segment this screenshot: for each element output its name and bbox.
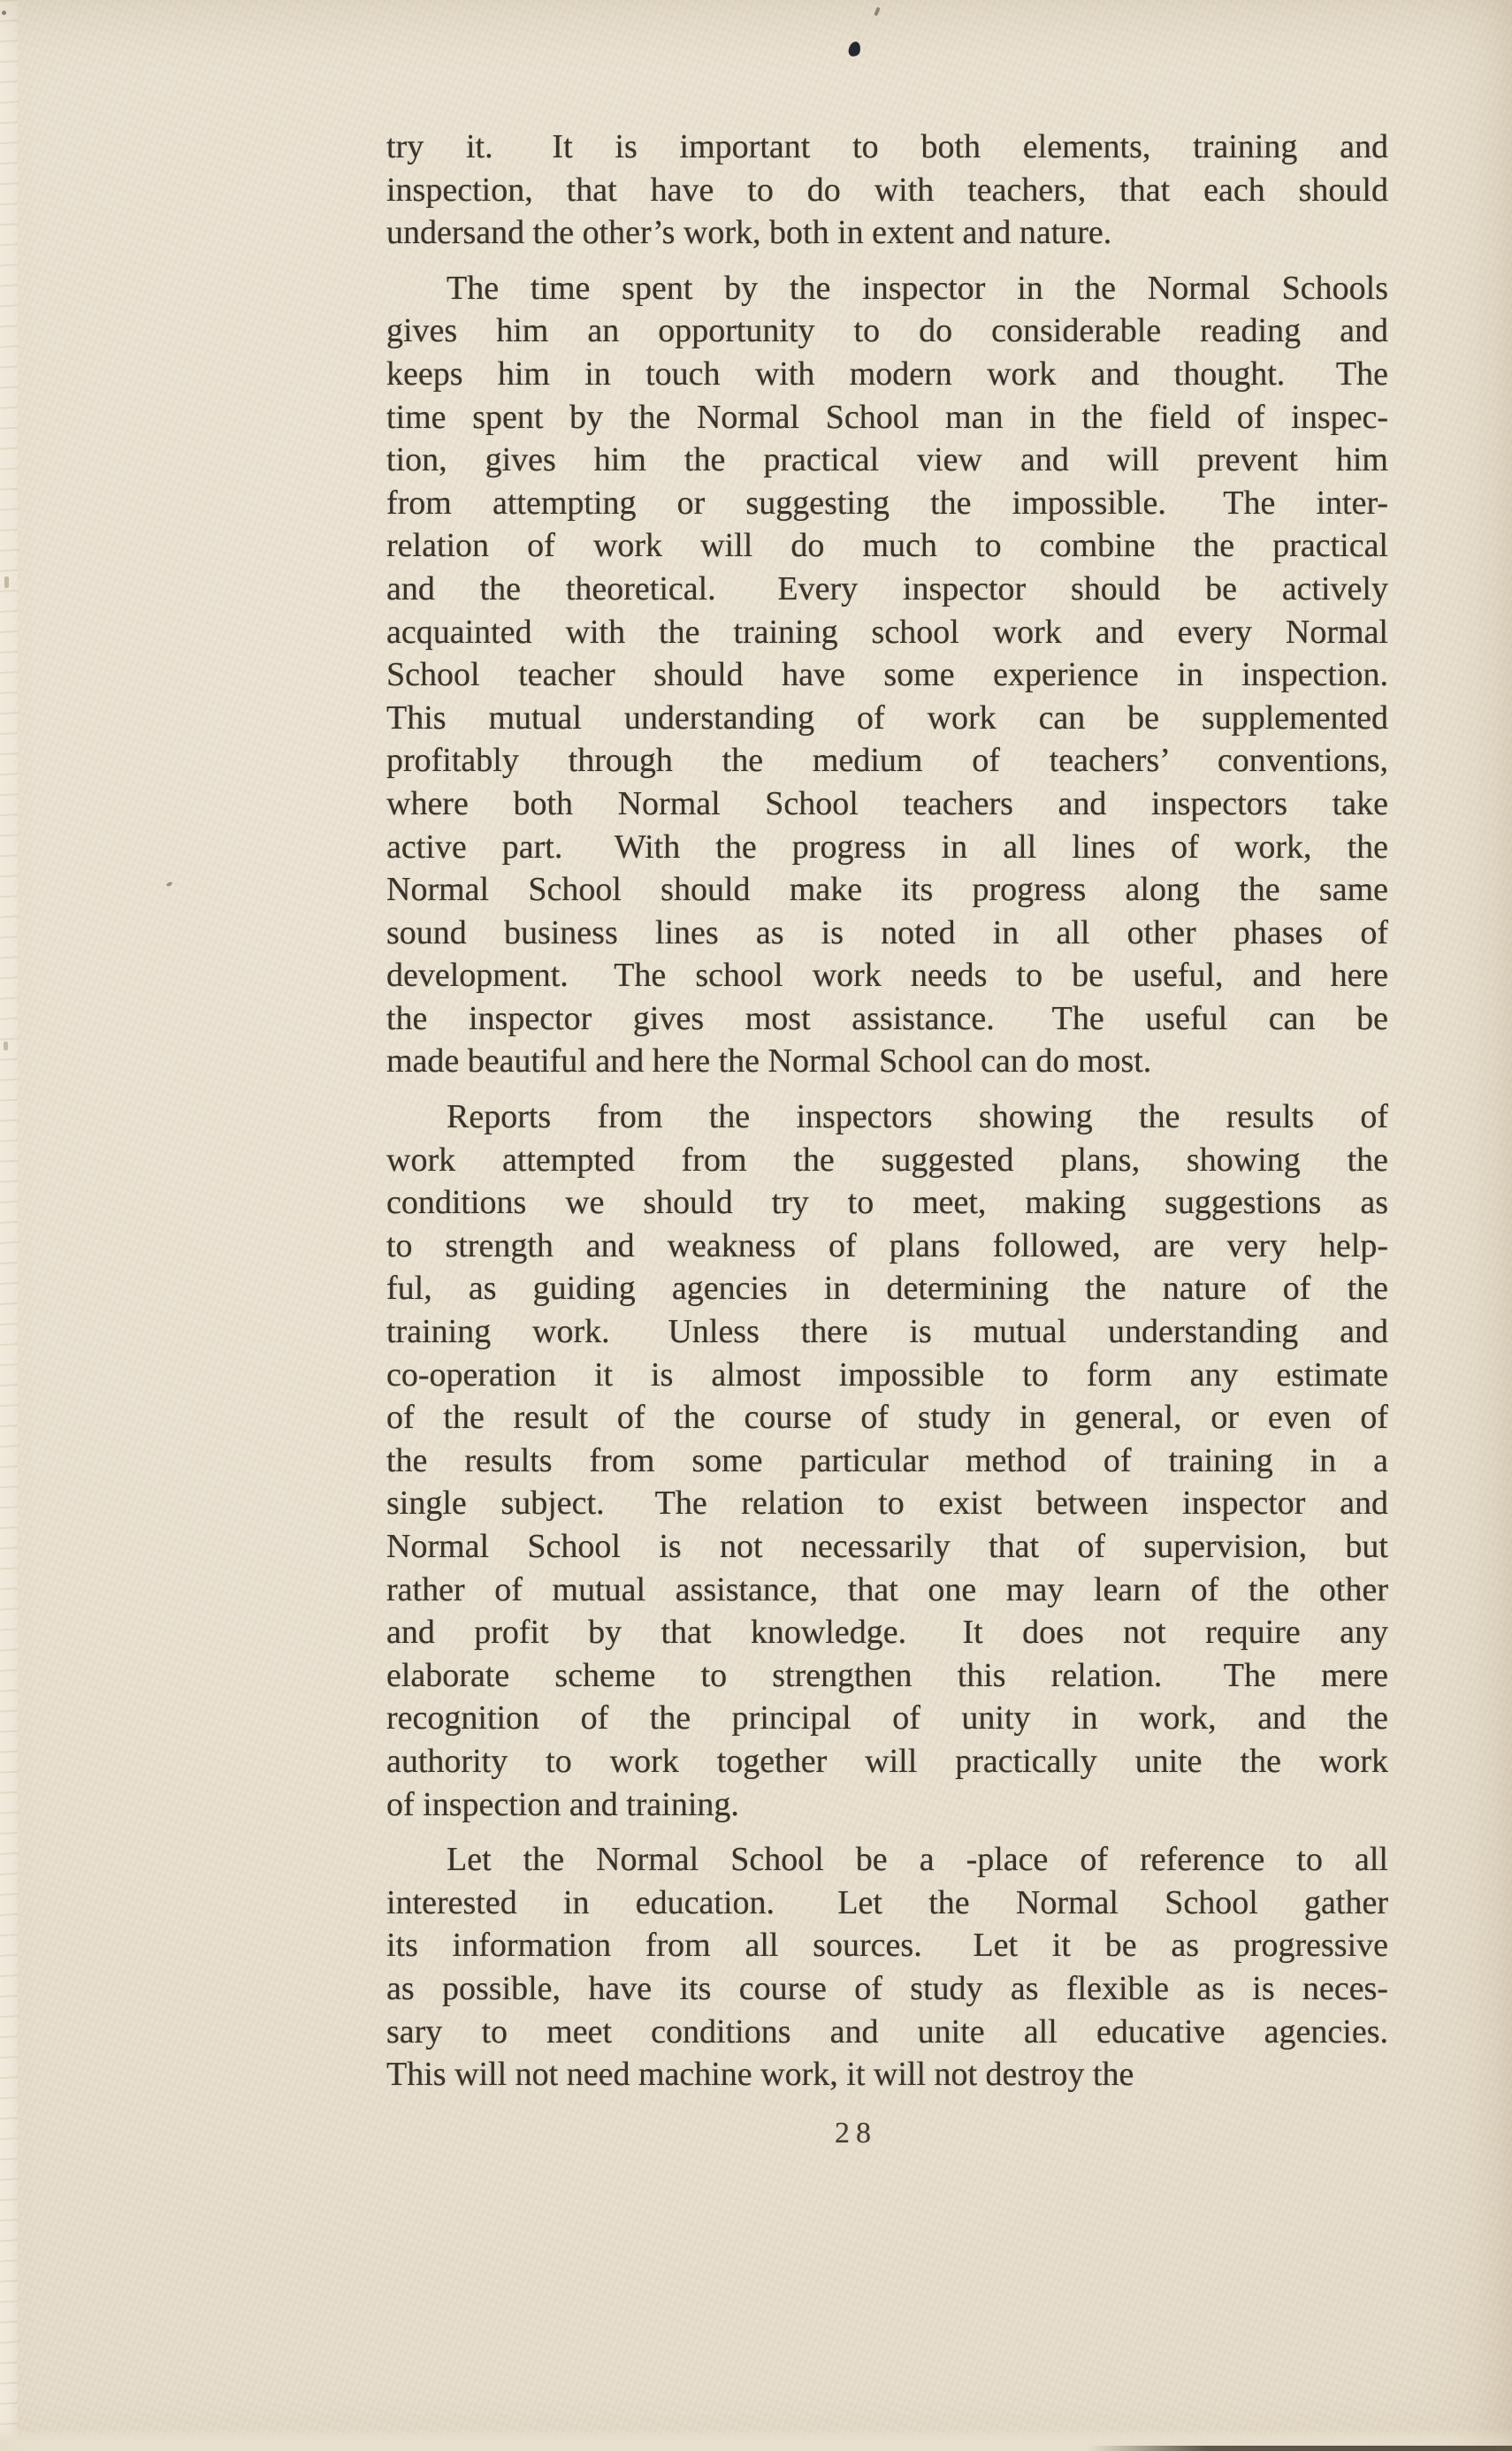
text-line: where both Normal School teachers and in… — [386, 783, 1388, 826]
text-line: work attempted from the suggested plans,… — [386, 1139, 1388, 1182]
text-line: keeps him in touch with modern work and … — [386, 353, 1388, 396]
text-line: gives him an opportunity to do considera… — [386, 309, 1388, 353]
text-line: School teacher should have some experien… — [386, 653, 1388, 697]
page-number: 28 — [835, 2117, 877, 2150]
text-line: to strength and weakness of plans follow… — [386, 1225, 1388, 1268]
text-line: rather of mutual assistance, that one ma… — [386, 1569, 1388, 1612]
text-line: authority to work together will practica… — [386, 1740, 1388, 1783]
text-line: of inspection and training. — [386, 1783, 1388, 1827]
paragraph: Let the Normal School be a -place of ref… — [386, 1838, 1388, 2096]
text-line: of the result of the course of study in … — [386, 1396, 1388, 1439]
text-line: from attempting or suggesting the imposs… — [386, 482, 1388, 525]
text-line: tion, gives him the practical view and w… — [386, 439, 1388, 482]
paper-speck — [4, 1042, 8, 1050]
paragraph: The time spent by the inspector in the N… — [386, 267, 1388, 1083]
text-line: as possible, have its course of study as… — [386, 1967, 1388, 2011]
ink-blot — [848, 41, 862, 57]
text-line: made beautiful and here the Normal Schoo… — [386, 1040, 1388, 1083]
text-line: acquainted with the training school work… — [386, 611, 1388, 654]
text-line: Normal School should make its progress a… — [386, 868, 1388, 912]
text-line: development. The school work needs to be… — [386, 954, 1388, 997]
scan-background-sliver — [1088, 2446, 1512, 2451]
paper-speck — [2, 11, 6, 15]
text-line: sary to meet conditions and unite all ed… — [386, 2011, 1388, 2054]
ink-fleck — [874, 7, 880, 17]
paragraph: Reports from the inspectors showing the … — [386, 1096, 1388, 1826]
text-line: Normal School is not necessarily that of… — [386, 1525, 1388, 1569]
text-line: undersand the other’s work, both in exte… — [386, 211, 1388, 255]
text-line: ful, as guiding agencies in determining … — [386, 1267, 1388, 1310]
text-line: its information from all sources. Let it… — [386, 1924, 1388, 1967]
text-line: training work. Unless there is mutual un… — [386, 1310, 1388, 1354]
text-line: time spent by the Normal School man in t… — [386, 396, 1388, 439]
text-line: conditions we should try to meet, making… — [386, 1181, 1388, 1225]
paragraph: try it. It is important to both elements… — [386, 126, 1388, 255]
deckle-left-edge — [0, 0, 18, 2451]
text-line: This mutual understanding of work can be… — [386, 697, 1388, 740]
paper-speck — [165, 882, 172, 888]
text-line: the inspector gives most assistance. The… — [386, 997, 1388, 1041]
text-line: elaborate scheme to strengthen this rela… — [386, 1654, 1388, 1698]
text-line: sound business lines as is noted in all … — [386, 912, 1388, 955]
text-line: This will not need machine work, it will… — [386, 2053, 1388, 2096]
text-line: single subject. The relation to exist be… — [386, 1482, 1388, 1525]
text-line: recognition of the principal of unity in… — [386, 1697, 1388, 1740]
paper-speck — [4, 576, 9, 588]
text-line: try it. It is important to both elements… — [386, 126, 1388, 169]
text-line: relation of work will do much to combine… — [386, 524, 1388, 568]
text-line: Let the Normal School be a -place of ref… — [386, 1838, 1388, 1882]
text-line: and profit by that knowledge. It does no… — [386, 1611, 1388, 1654]
text-line: the results from some particular method … — [386, 1439, 1388, 1483]
text-line: profitably through the medium of teacher… — [386, 739, 1388, 783]
text-line: The time spent by the inspector in the N… — [386, 267, 1388, 310]
text-line: co-operation it is almost impossible to … — [386, 1354, 1388, 1397]
text-block: try it. It is important to both elements… — [386, 126, 1388, 2096]
text-line: interested in education. Let the Normal … — [386, 1882, 1388, 1925]
text-line: inspection, that have to do with teacher… — [386, 169, 1388, 212]
text-line: active part. With the progress in all li… — [386, 826, 1388, 869]
book-page: try it. It is important to both elements… — [0, 0, 1512, 2451]
text-line: and the theoretical. Every inspector sho… — [386, 568, 1388, 611]
text-line: Reports from the inspectors showing the … — [386, 1096, 1388, 1139]
